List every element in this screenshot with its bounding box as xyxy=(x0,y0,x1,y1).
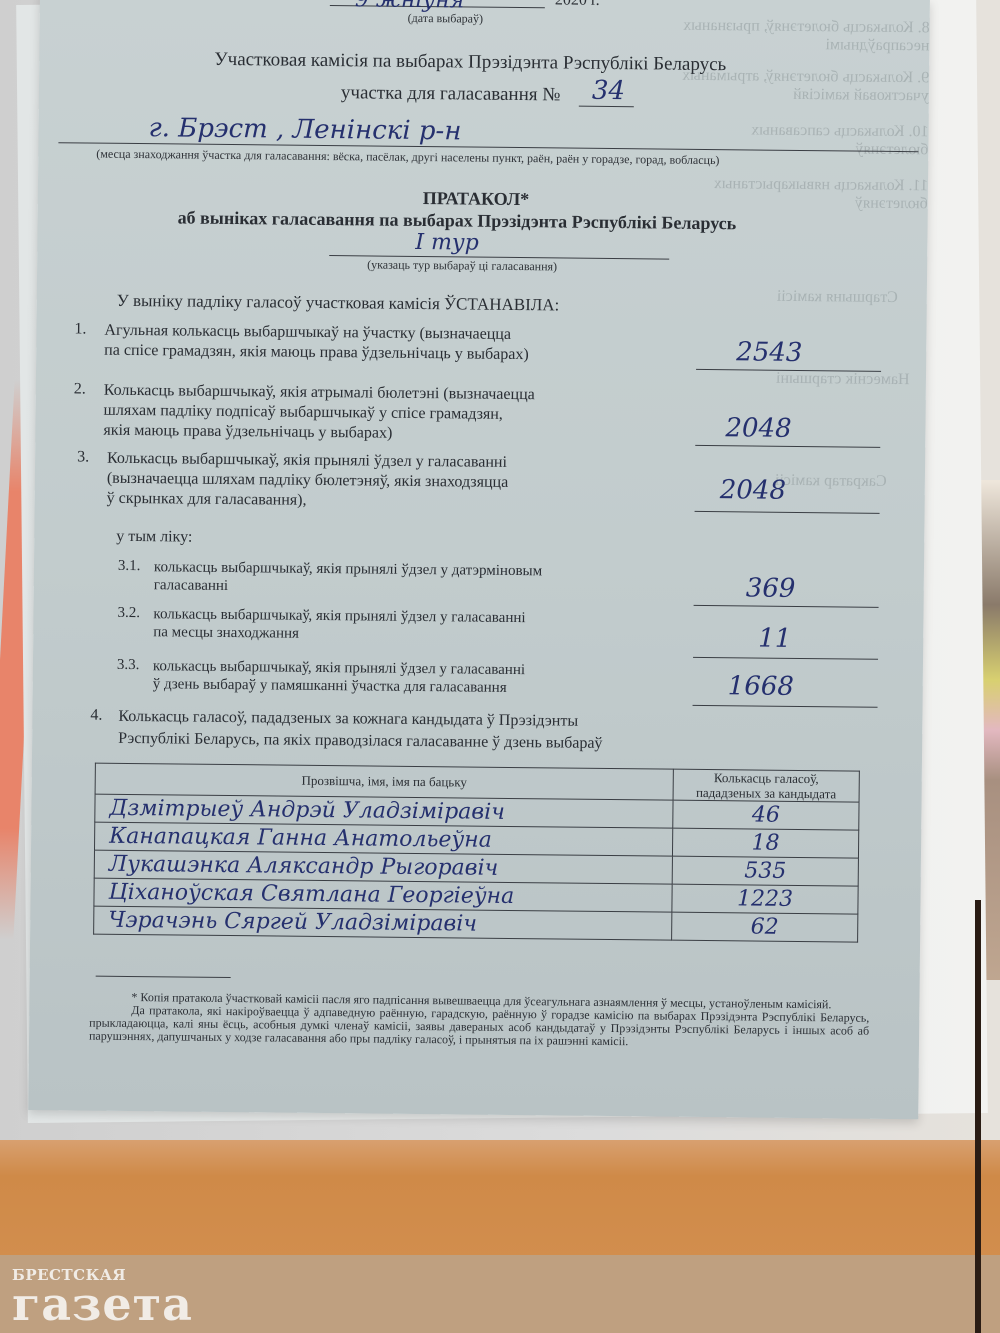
commission-title: Участковая камісія па выбарах Прэзідэнта… xyxy=(214,49,726,76)
candidates-table: Прозвішча, імя, імя па бацьку Колькасць … xyxy=(93,763,860,943)
column-header-votes-line2: пададзеных за кандыдата xyxy=(674,785,859,802)
date-caption: (дата выбараў) xyxy=(408,11,483,27)
newspaper-logo: БРЕСТСКАЯ газета xyxy=(12,1266,193,1324)
value-underline xyxy=(695,445,880,448)
bleed-through-text: 8. Колькасць бюлетэняў, прызнаных несапр… xyxy=(639,16,929,55)
candidate-votes: 18 xyxy=(672,828,858,858)
footnote-paragraph-2: Да пратакола, які накіроўваецца ў адпаве… xyxy=(89,1004,869,1051)
item-number: 3.3. xyxy=(117,657,140,674)
election-day-voting-value: 1668 xyxy=(728,671,794,702)
item-text: па спісе грамадзян, якія маюць права ўдз… xyxy=(104,341,529,364)
candidate-votes: 62 xyxy=(672,912,858,942)
in-that-number-label: у тым ліку: xyxy=(116,527,192,547)
precinct-location: г. Брэст , Ленінскі р-н xyxy=(148,113,461,146)
early-voting-value: 369 xyxy=(746,573,796,604)
location-caption: (месца знаходжання ўчастка для галасаван… xyxy=(96,147,719,169)
bleed-through-text: Намеснік старшыні xyxy=(776,370,910,389)
candidate-votes: 535 xyxy=(672,856,858,886)
item-text: ў дзень выбараў у памяшканні ўчастка для… xyxy=(153,675,507,698)
item-number: 3. xyxy=(77,448,89,466)
bleed-through-text: 11. Колькасць нявыкарыстаных бюлетэняў xyxy=(708,175,928,213)
participated-value: 2048 xyxy=(720,475,786,506)
candidate-votes: 46 xyxy=(673,800,859,830)
item-text: галасаванні xyxy=(154,576,229,596)
item-text: якія маюць права ўдзельнічаць у выбарах) xyxy=(103,421,392,443)
election-round: І тур xyxy=(415,230,479,256)
round-caption: (указаць тур выбараў ці галасавання) xyxy=(367,257,557,274)
logo-line-2: газета xyxy=(12,1284,193,1324)
item-text: Колькасць галасоў, пададзеных за кожнага… xyxy=(118,707,578,731)
item-number: 3.2. xyxy=(117,605,140,622)
election-year: 2020 г. xyxy=(555,0,600,10)
value-underline xyxy=(694,605,879,608)
ballots-issued-value: 2048 xyxy=(725,413,791,444)
precinct-number: 34 xyxy=(592,76,625,106)
footnote: * Копія пратакола ўчастковай камісіі пас… xyxy=(89,991,870,1051)
item-text: Рэспублікі Беларусь, па якіх праводзілас… xyxy=(118,729,603,753)
item-text: ў скрынках для галасавання), xyxy=(107,489,307,510)
total-voters-value: 2543 xyxy=(736,337,802,368)
protocol-sheet: 8. Колькасць бюлетэняў, прызнаных несапр… xyxy=(28,0,930,1119)
item-number: 3.1. xyxy=(118,558,141,575)
item-number: 1. xyxy=(74,320,86,338)
value-underline xyxy=(695,511,880,514)
column-header-votes: Колькасць галасоў, пададзеных за кандыда… xyxy=(673,769,859,802)
footnote-divider xyxy=(96,976,231,978)
item-number: 4. xyxy=(90,707,102,725)
bleed-through-text: Сакратар камісіі xyxy=(775,472,887,491)
bleed-through-text: 10. Колькасць сапсаваных бюлетэняў xyxy=(718,121,928,159)
item-text: па месцы знаходжання xyxy=(153,623,299,644)
intro-text: У выніку падліку галасоў участковая камі… xyxy=(117,291,560,316)
candidate-votes: 1223 xyxy=(672,884,858,914)
candidate-name: Чэрачэнь Сяргей Уладзіміравіч xyxy=(94,906,672,940)
item-number: 2. xyxy=(74,380,86,398)
bleed-through-text: Старшыня камісіі xyxy=(777,288,898,307)
home-voting-value: 11 xyxy=(758,624,791,654)
precinct-label: участка для галасавання № xyxy=(341,82,561,106)
protocol-title: ПРАТАКОЛ* xyxy=(423,188,530,210)
value-underline xyxy=(693,657,878,660)
background-door-edge xyxy=(975,900,981,1333)
value-underline xyxy=(693,705,878,708)
